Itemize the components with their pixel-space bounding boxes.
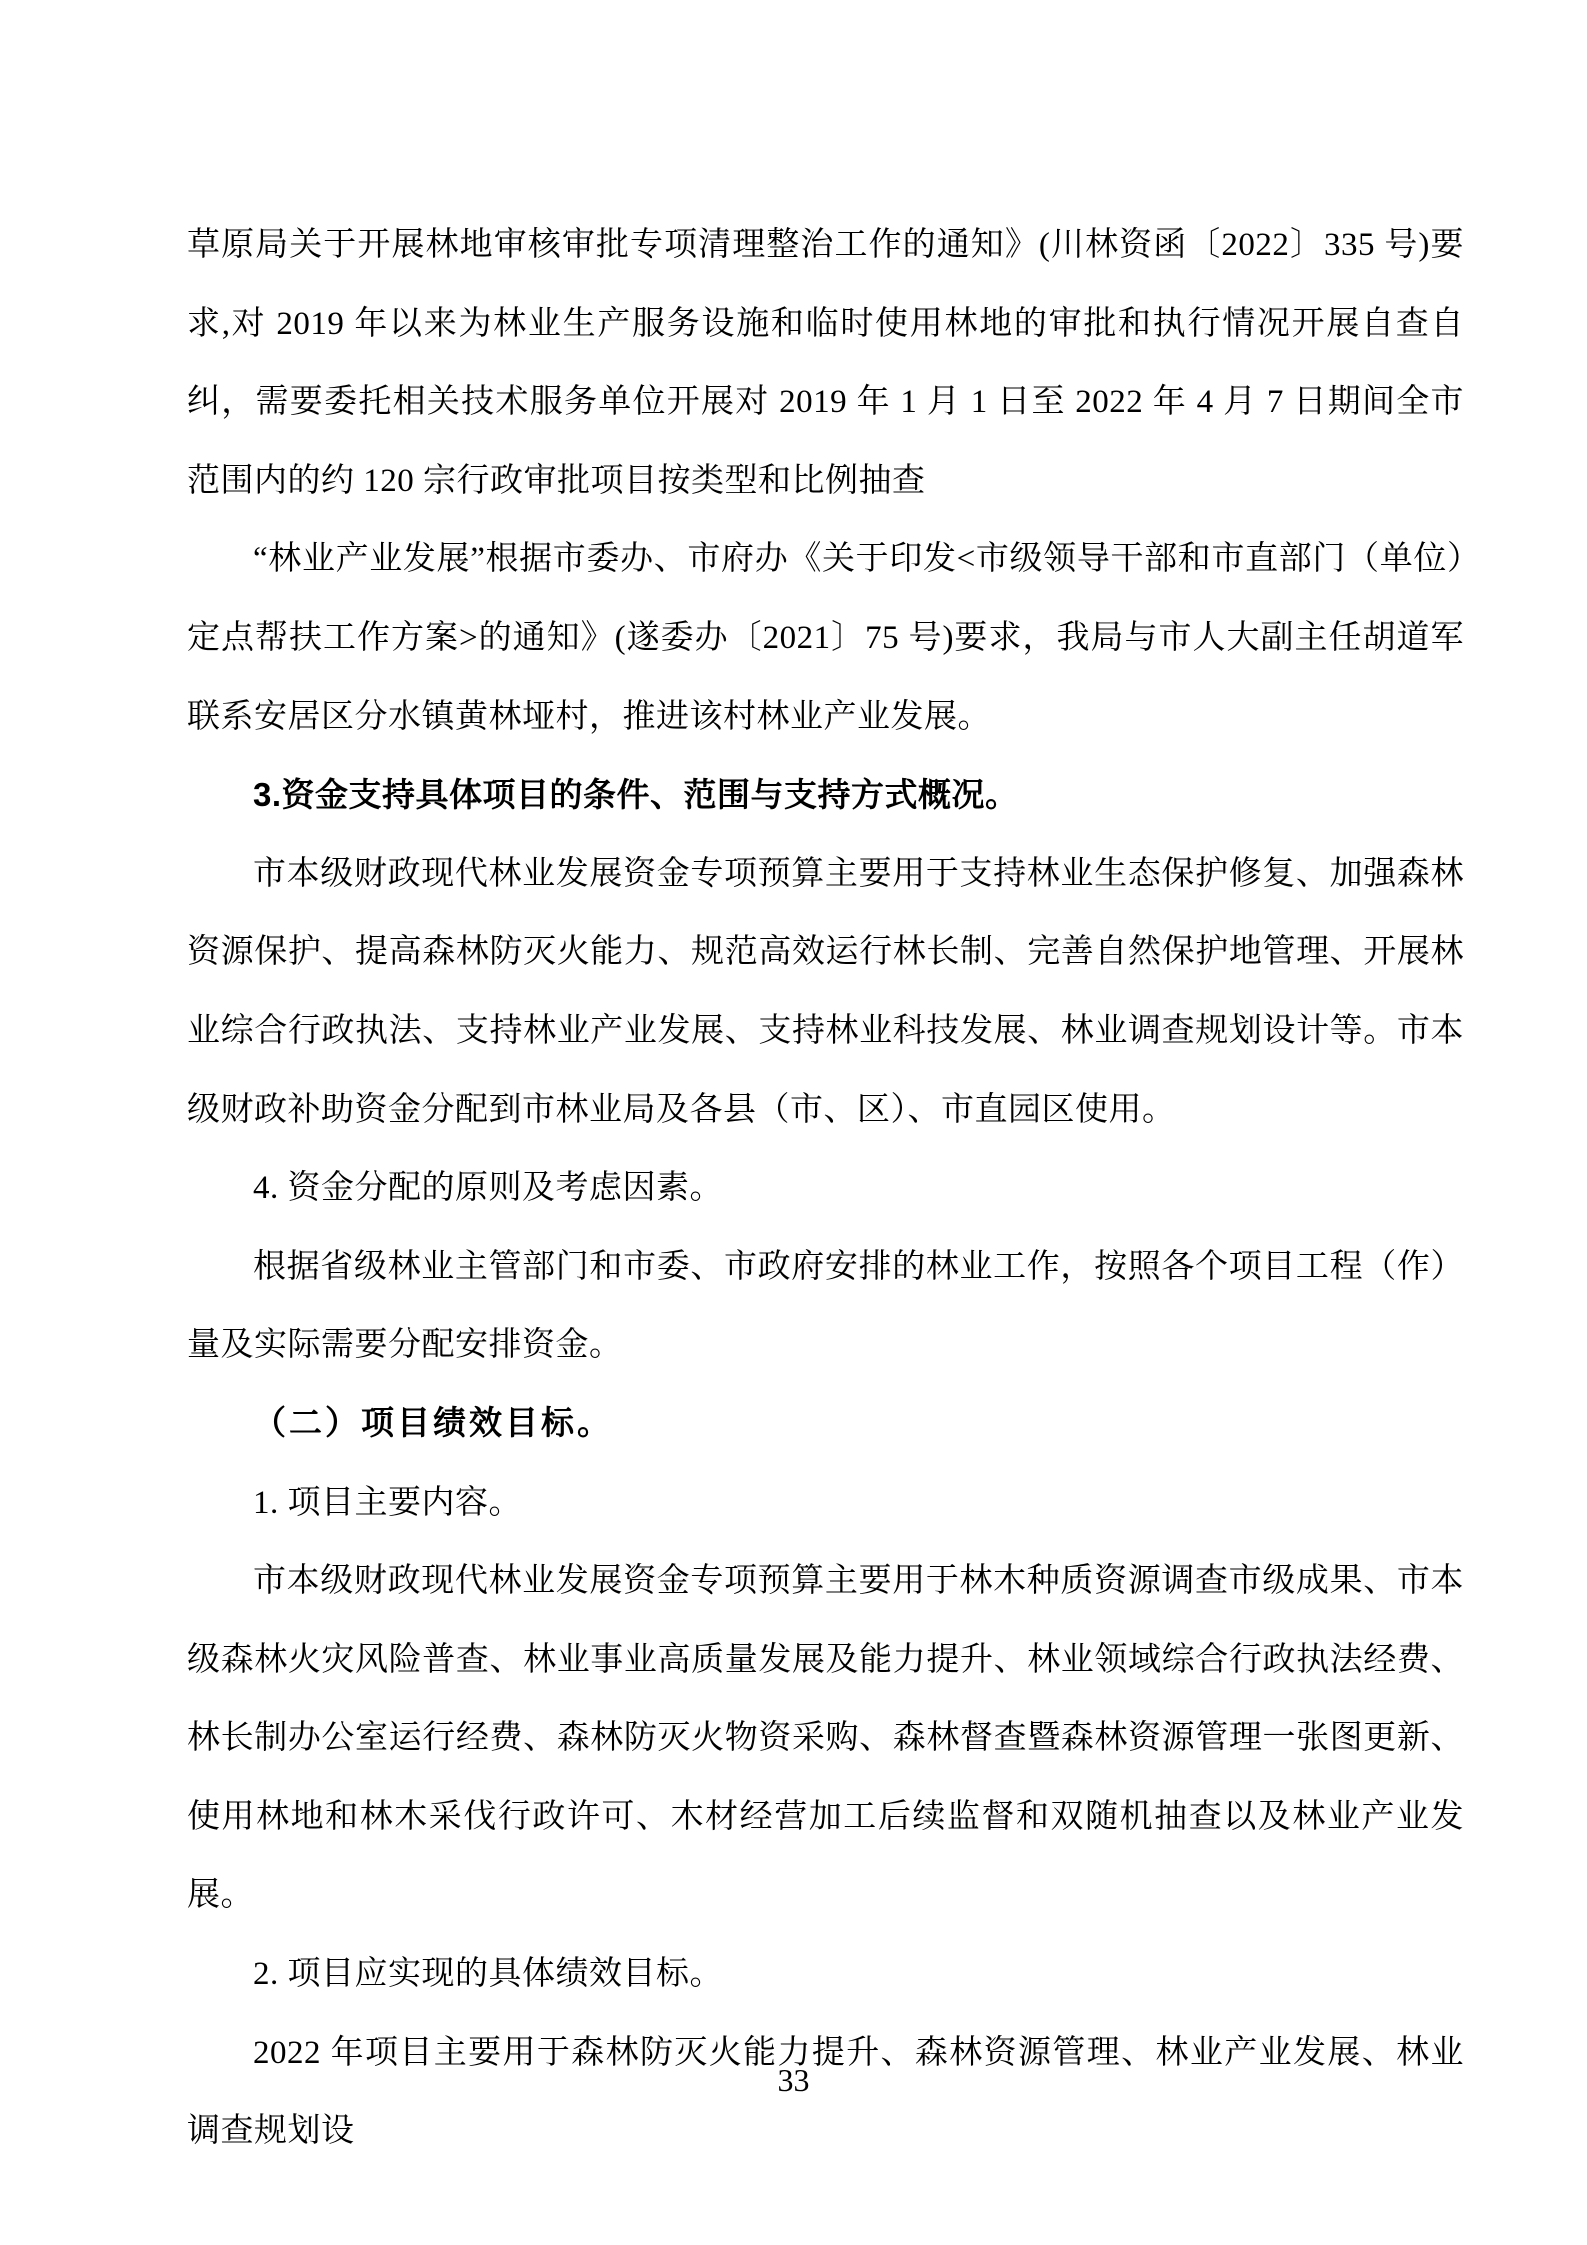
paragraph: 市本级财政现代林业发展资金专项预算主要用于支持林业生态保护修复、加强森林资源保护… (187, 835, 1464, 1149)
paragraph: 1. 项目主要内容。 (187, 1464, 1464, 1543)
paragraph: “林业产业发展”根据市委办、市府办《关于印发<市级领导干部和市直部门（单位）定点… (187, 520, 1464, 756)
section-heading: 3.资金支持具体项目的条件、范围与支持方式概况。 (187, 756, 1464, 835)
paragraph: 2. 项目应实现的具体绩效目标。 (187, 1935, 1464, 2014)
document-page: 草原局关于开展林地审核审批专项清理整治工作的通知》(川林资函〔2022〕335 … (0, 0, 1587, 2245)
section-heading: （二）项目绩效目标。 (187, 1385, 1464, 1464)
document-body: 草原局关于开展林地审核审批专项清理整治工作的通知》(川林资函〔2022〕335 … (187, 206, 1464, 2171)
paragraph: 草原局关于开展林地审核审批专项清理整治工作的通知》(川林资函〔2022〕335 … (187, 206, 1464, 520)
page-number: 33 (0, 2060, 1587, 2100)
paragraph: 根据省级林业主管部门和市委、市政府安排的林业工作，按照各个项目工程（作）量及实际… (187, 1228, 1464, 1385)
paragraph: 4. 资金分配的原则及考虑因素。 (187, 1149, 1464, 1228)
paragraph: 市本级财政现代林业发展资金专项预算主要用于林木种质资源调查市级成果、市本级森林火… (187, 1542, 1464, 1935)
